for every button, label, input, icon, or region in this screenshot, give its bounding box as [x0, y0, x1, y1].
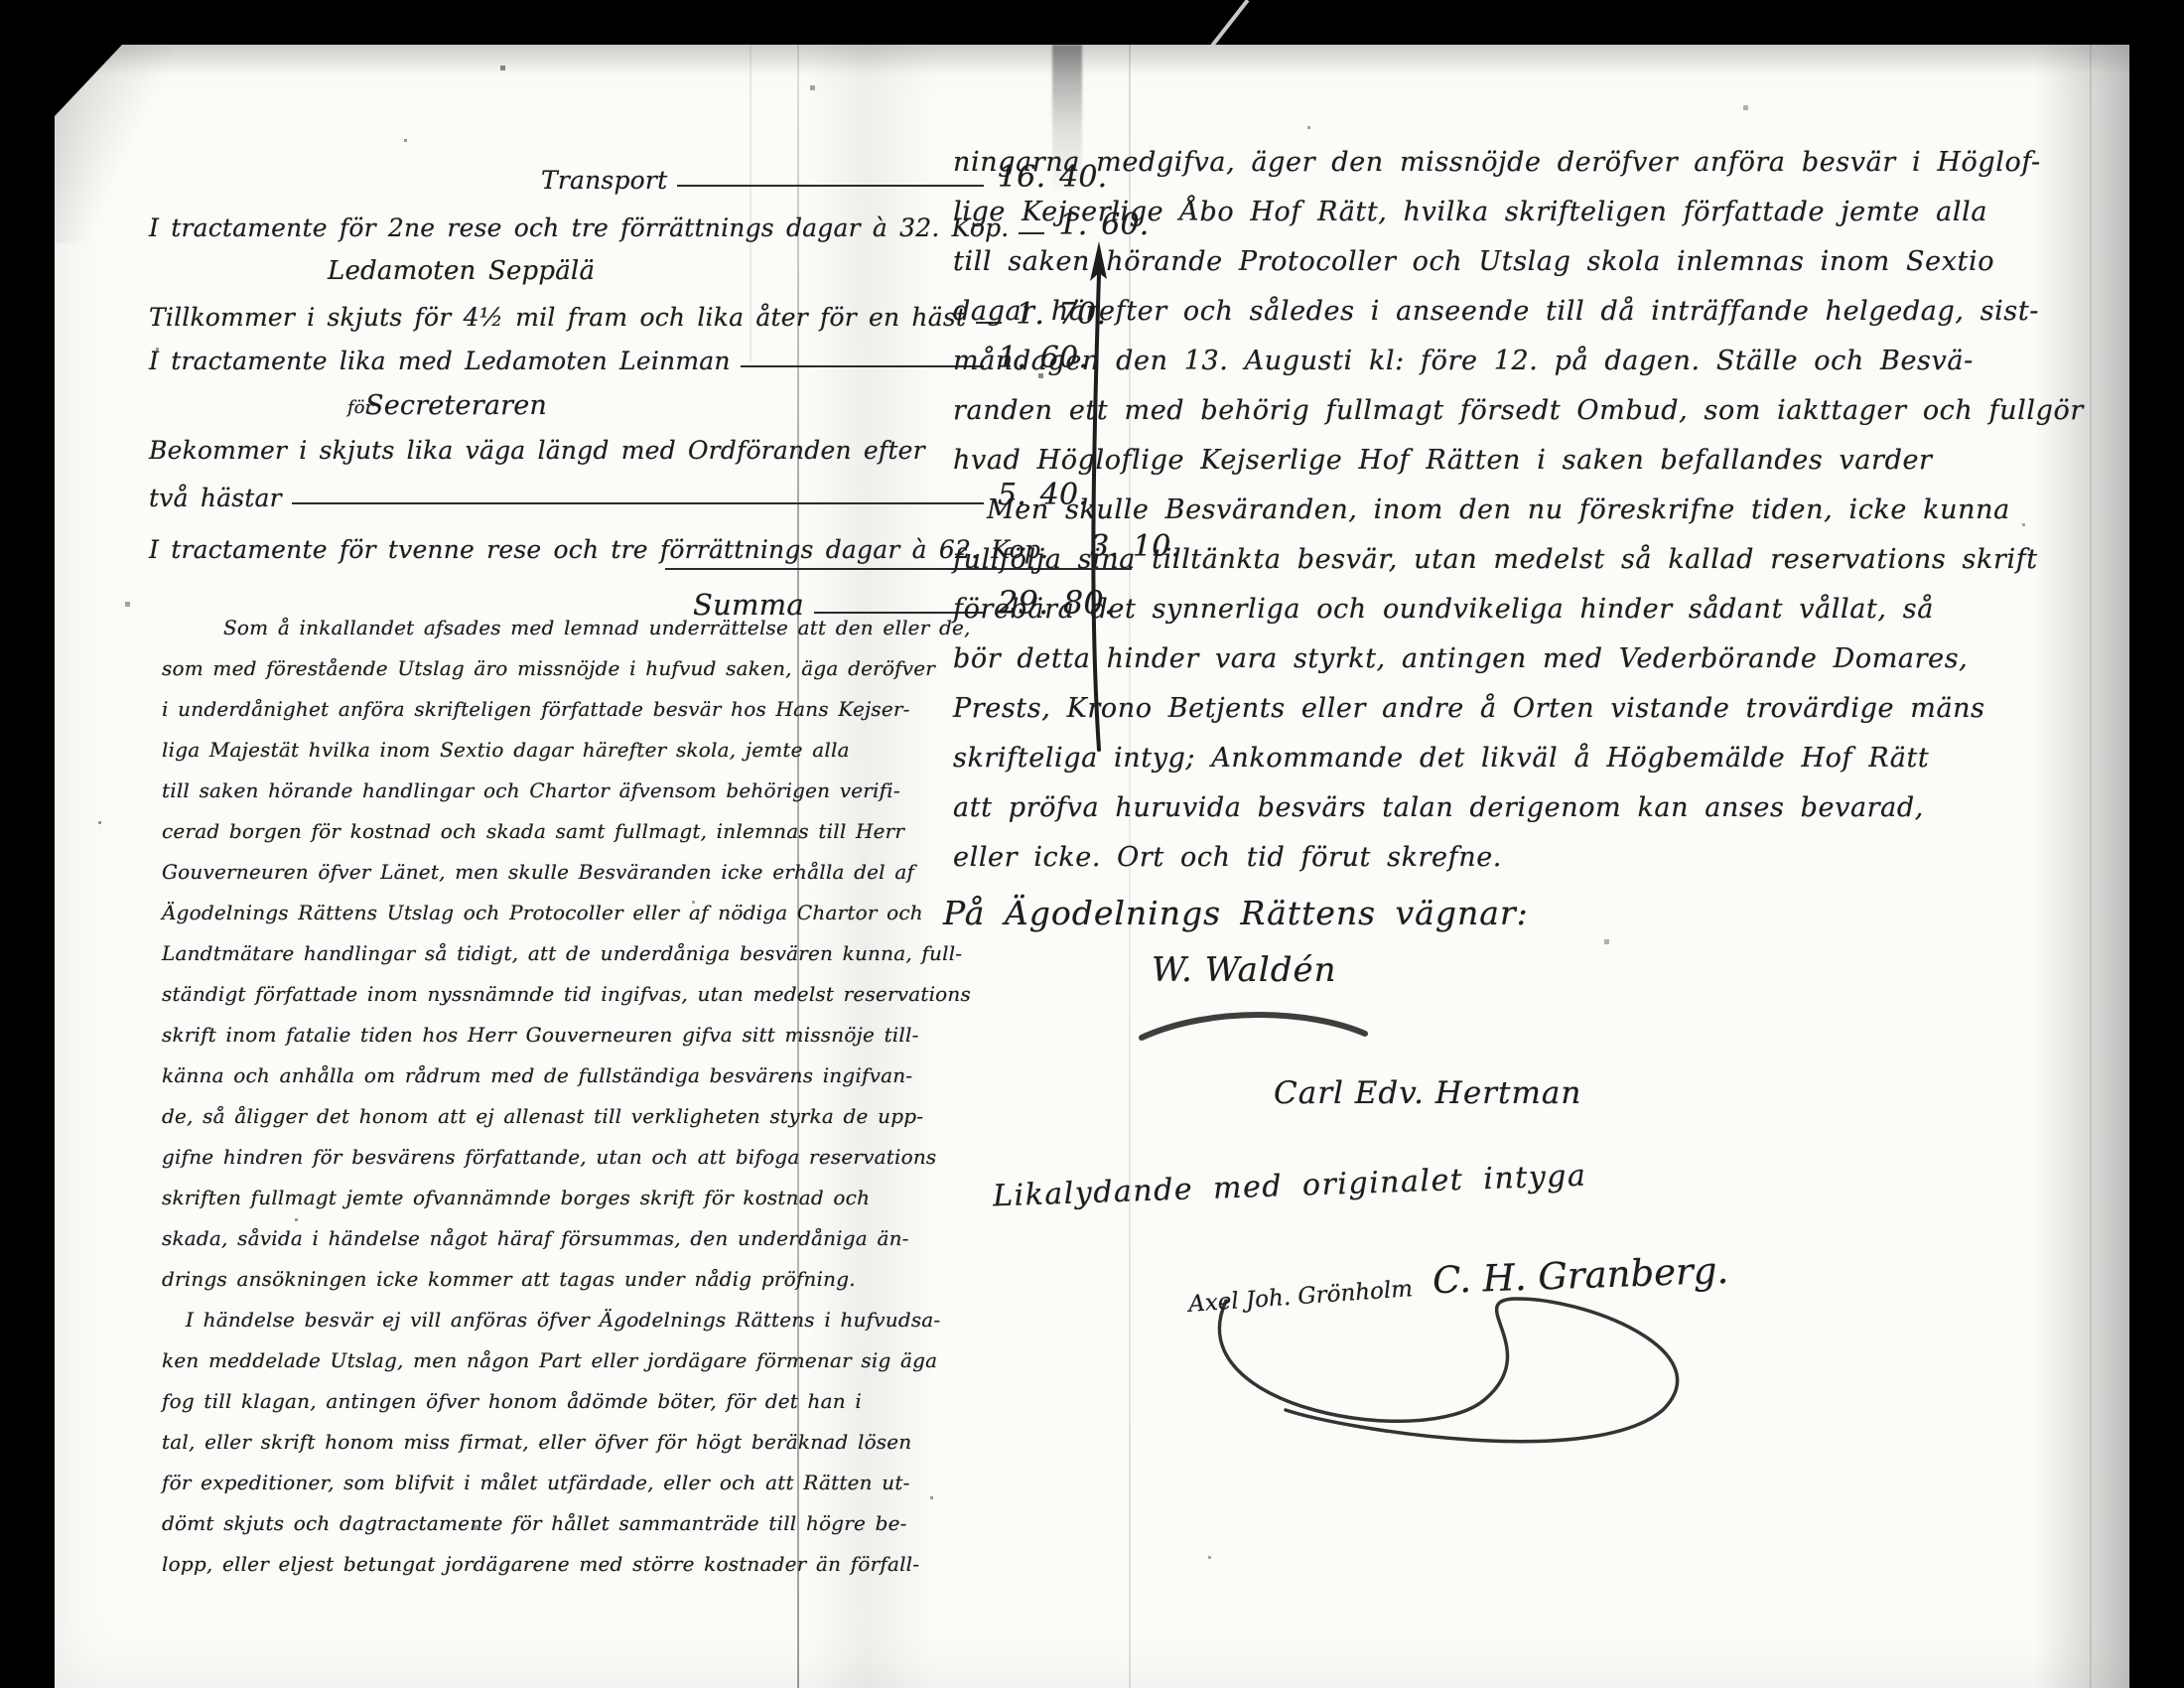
body-line: skada, såvida i händelse något häraf för…	[162, 1226, 857, 1267]
witness-flourish	[1166, 1291, 1782, 1460]
body-line: Men skulle Besväranden, inom den nu före…	[953, 494, 2134, 544]
paper-specks	[55, 45, 58, 48]
body-line: fog till klagan, antingen öfver honom åd…	[162, 1389, 857, 1430]
account-label: Transport	[541, 166, 667, 199]
body-line: fullfölja sina tilltänkta besvär, utan m…	[953, 544, 2134, 594]
body-line: drings ansökningen icke kommer att tagas…	[162, 1267, 857, 1308]
account-label: Bekommer i skjuts lika väga längd med Or…	[149, 436, 925, 469]
body-line: ständigt författade inom nyssnämnde tid …	[162, 982, 857, 1023]
body-line: tal, eller skrift honom miss firmat, ell…	[162, 1430, 857, 1471]
body-line: Som å inkallandet afsades med lemnad und…	[162, 616, 857, 656]
account-label: I tractamente för 2ne rese och tre förrä…	[149, 213, 1009, 246]
body-line: ken meddelade Utslag, men någon Part ell…	[162, 1348, 857, 1389]
attestation-note: Likalydande med originalet intyga	[993, 1159, 1587, 1214]
body-line: Gouverneuren öfver Länet, men skulle Bes…	[162, 860, 857, 901]
body-line: dagar härefter och således i anseende ti…	[953, 296, 2134, 346]
body-line: ningarna medgifva, äger den missnöjde de…	[953, 147, 2134, 197]
body-line: att pröfva huruvida besvärs talan derige…	[953, 792, 2134, 842]
body-line: i underdånighet anföra skrifteligen förf…	[162, 697, 857, 738]
body-line: förebära det synnerliga och oundvikeliga…	[953, 594, 2134, 643]
body-line: Landtmätare handlingar så tidigt, att de…	[162, 941, 857, 982]
scan-scratch-mark	[1211, 0, 1250, 47]
body-line: Prests, Krono Betjents eller andre å Ort…	[953, 693, 2134, 743]
body-line: I händelse besvär ej vill anföras öfver …	[162, 1308, 857, 1348]
signature-hertman: Carl Edv. Hertman	[1274, 1075, 1581, 1111]
body-line: skrifteliga intyg; Ankommande det likväl…	[953, 743, 2134, 792]
body-line: eller icke. Ort och tid förut skrefne.	[953, 842, 2134, 892]
body-line: dömt skjuts och dagtractamente för hålle…	[162, 1511, 857, 1552]
body-line: som med förestående Utslag äro missnöjde…	[162, 656, 857, 697]
right-page-body: ningarna medgifva, äger den missnöjde de…	[953, 147, 2134, 892]
signature-flourish	[1122, 1000, 1380, 1059]
body-line: bör detta hinder vara styrkt, antingen m…	[953, 643, 2134, 693]
body-line: Ägodelnings Rättens Utslag och Protocoll…	[162, 901, 857, 941]
account-label: I tractamente lika med Ledamoten Leinman	[149, 347, 731, 379]
body-line: skriften fullmagt jemte ofvannämnde borg…	[162, 1186, 857, 1226]
body-line: cerad borgen för kostnad och skada samt …	[162, 819, 857, 860]
body-line: känna och anhålla om rådrum med de fulls…	[162, 1063, 857, 1104]
ledger-line	[292, 502, 984, 504]
body-line: lopp, eller eljest betungat jordägarene …	[162, 1552, 857, 1593]
body-line: gifne hindren för besvärens författande,…	[162, 1145, 857, 1186]
account-label: I tractamente för tvenne rese och tre fö…	[149, 535, 1048, 568]
body-line: till saken hörande Protocoller och Utsla…	[953, 246, 2134, 296]
account-label: Tillkommer i skjuts för 4½ mil fram och …	[149, 303, 966, 336]
body-line: liga Majestät hvilka inom Sextio dagar h…	[162, 738, 857, 778]
left-page-body: Som å inkallandet afsades med lemnad und…	[162, 616, 857, 1593]
heading-label: Ledamoten Seppälä	[328, 256, 595, 290]
body-line: för expeditioner, som blifvit i målet ut…	[162, 1471, 857, 1511]
interline-insertion: för	[347, 397, 373, 418]
ledger-line	[741, 365, 984, 367]
document-scan: Transport 16. 40. I tractamente för 2ne …	[0, 0, 2184, 1688]
body-line: randen ett med behörig fullmagt försedt …	[953, 395, 2134, 445]
signature-walden: W. Waldén	[1152, 950, 1337, 990]
account-label: två hästar	[149, 484, 282, 516]
heading-label: Secreteraren	[365, 390, 547, 425]
paper-sheet: Transport 16. 40. I tractamente för 2ne …	[55, 45, 2129, 1688]
body-line: lige Kejserlige Åbo Hof Rätt, hvilka skr…	[953, 197, 2134, 246]
witness-signature-gronholm: Axel Joh. Grönholm	[1187, 1276, 1413, 1318]
witness-signature-granberg: C. H. Granberg.	[1432, 1249, 1728, 1302]
body-line: hvad Högloflige Kejserlige Hof Rätten i …	[953, 445, 2134, 494]
body-line: måndagen den 13. Augusti kl: före 12. på…	[953, 346, 2134, 395]
closing-formula: På Ägodelnings Rättens vägnar:	[943, 894, 1529, 932]
body-line: till saken hörande handlingar och Charto…	[162, 778, 857, 819]
ledger-line	[677, 185, 984, 187]
body-line: de, så åligger det honom att ej allenast…	[162, 1104, 857, 1145]
body-line: skrift inom fatalie tiden hos Herr Gouve…	[162, 1023, 857, 1063]
